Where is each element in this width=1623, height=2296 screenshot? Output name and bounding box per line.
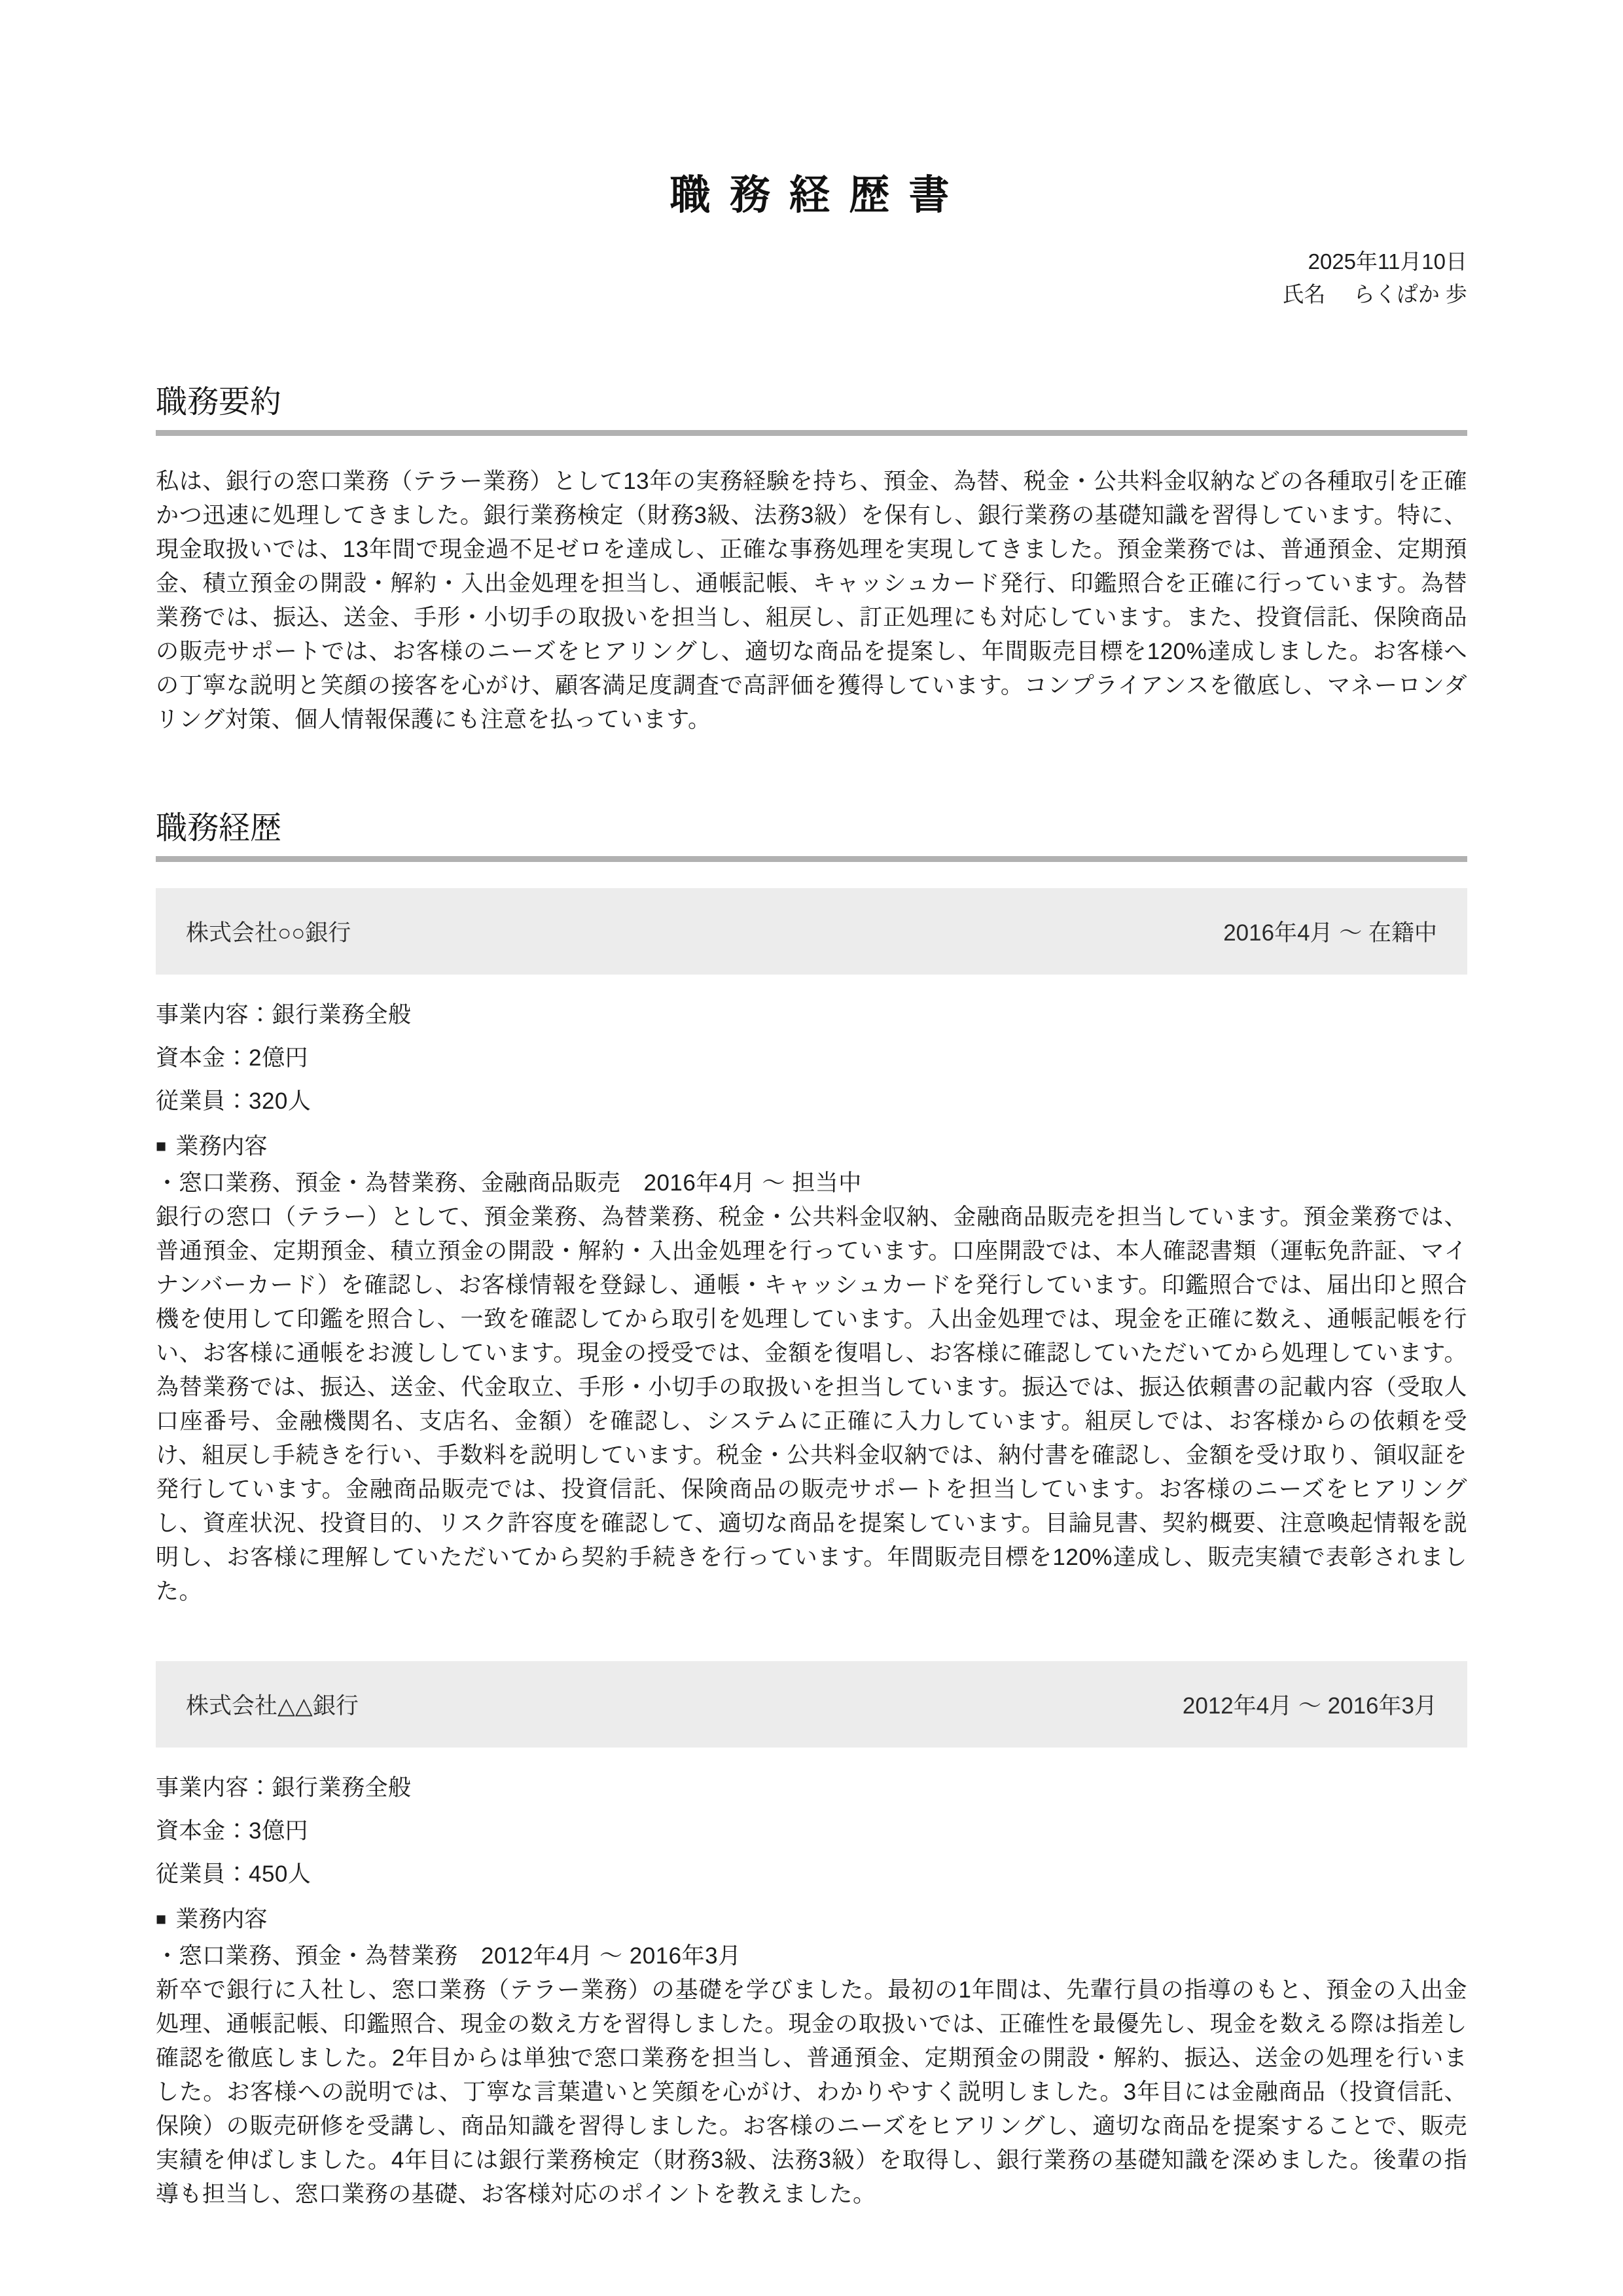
duty-description: 新卒で銀行に入社し、窓口業務（テラー業務）の基礎を学びました。最初の1年間は、先… [156, 1973, 1467, 2212]
company-capital: 資本金：3億円 [156, 1814, 1467, 1848]
company-employees: 従業員：450人 [156, 1857, 1467, 1892]
company-name: 株式会社△△銀行 [186, 1688, 359, 1721]
duty-line: ・窓口業務、預金・為替業務 2012年4月 ～ 2016年3月 [156, 1939, 1467, 1973]
duties-heading: ■業務内容 [156, 1902, 1467, 1939]
company-facts: 事業内容：銀行業務全般 資本金：3億円 従業員：450人 [156, 1771, 1467, 1892]
document-author-name: 氏名 らくぱか 歩 [156, 278, 1467, 311]
company-period: 2016年4月 ～ 在籍中 [1223, 915, 1437, 948]
document-meta: 2025年11月10日 氏名 らくぱか 歩 [156, 245, 1467, 311]
company-header: 株式会社△△銀行 2012年4月 ～ 2016年3月 [156, 1661, 1467, 1748]
company-entry-1: 株式会社○○銀行 2016年4月 ～ 在籍中 事業内容：銀行業務全般 資本金：2… [156, 888, 1467, 1609]
summary-heading: 職務要約 [156, 376, 1467, 422]
document-title: 職 務 経 歴 書 [156, 162, 1467, 221]
company-capital: 資本金：2億円 [156, 1041, 1467, 1075]
company-business: 事業内容：銀行業務全般 [156, 1771, 1467, 1805]
company-entry-2: 株式会社△△銀行 2012年4月 ～ 2016年3月 事業内容：銀行業務全般 資… [156, 1661, 1467, 2212]
duties-heading: ■業務内容 [156, 1129, 1467, 1166]
company-employees: 従業員：320人 [156, 1085, 1467, 1119]
duty-description: 銀行の窓口（テラー）として、預金業務、為替業務、税金・公共料金収納、金融商品販売… [156, 1200, 1467, 1609]
company-duties: ■業務内容 ・窓口業務、預金・為替業務 2012年4月 ～ 2016年3月 新卒… [156, 1902, 1467, 2212]
company-duties: ■業務内容 ・窓口業務、預金・為替業務、金融商品販売 2016年4月 ～ 担当中… [156, 1129, 1467, 1609]
square-bullet-icon: ■ [156, 1136, 166, 1156]
duties-heading-label: 業務内容 [175, 1907, 267, 1932]
duty-line: ・窓口業務、預金・為替業務、金融商品販売 2016年4月 ～ 担当中 [156, 1166, 1467, 1200]
document-date: 2025年11月10日 [156, 245, 1467, 278]
history-section: 職務経歴 株式会社○○銀行 2016年4月 ～ 在籍中 事業内容：銀行業務全般 … [156, 802, 1467, 2212]
company-business: 事業内容：銀行業務全般 [156, 998, 1467, 1032]
history-heading: 職務経歴 [156, 802, 1467, 848]
summary-heading-rule [156, 430, 1467, 436]
resume-page: 職 務 経 歴 書 2025年11月10日 氏名 らくぱか 歩 職務要約 私は、… [0, 0, 1623, 2296]
history-heading-rule [156, 856, 1467, 862]
company-name: 株式会社○○銀行 [186, 915, 351, 948]
company-period: 2012年4月 ～ 2016年3月 [1183, 1688, 1437, 1721]
summary-section: 職務要約 私は、銀行の窓口業務（テラー業務）として13年の実務経験を持ち、預金、… [156, 376, 1467, 737]
summary-text: 私は、銀行の窓口業務（テラー業務）として13年の実務経験を持ち、預金、為替、税金… [156, 465, 1467, 737]
company-header: 株式会社○○銀行 2016年4月 ～ 在籍中 [156, 888, 1467, 975]
square-bullet-icon: ■ [156, 1909, 166, 1929]
duties-heading-label: 業務内容 [175, 1134, 267, 1159]
company-facts: 事業内容：銀行業務全般 資本金：2億円 従業員：320人 [156, 998, 1467, 1119]
